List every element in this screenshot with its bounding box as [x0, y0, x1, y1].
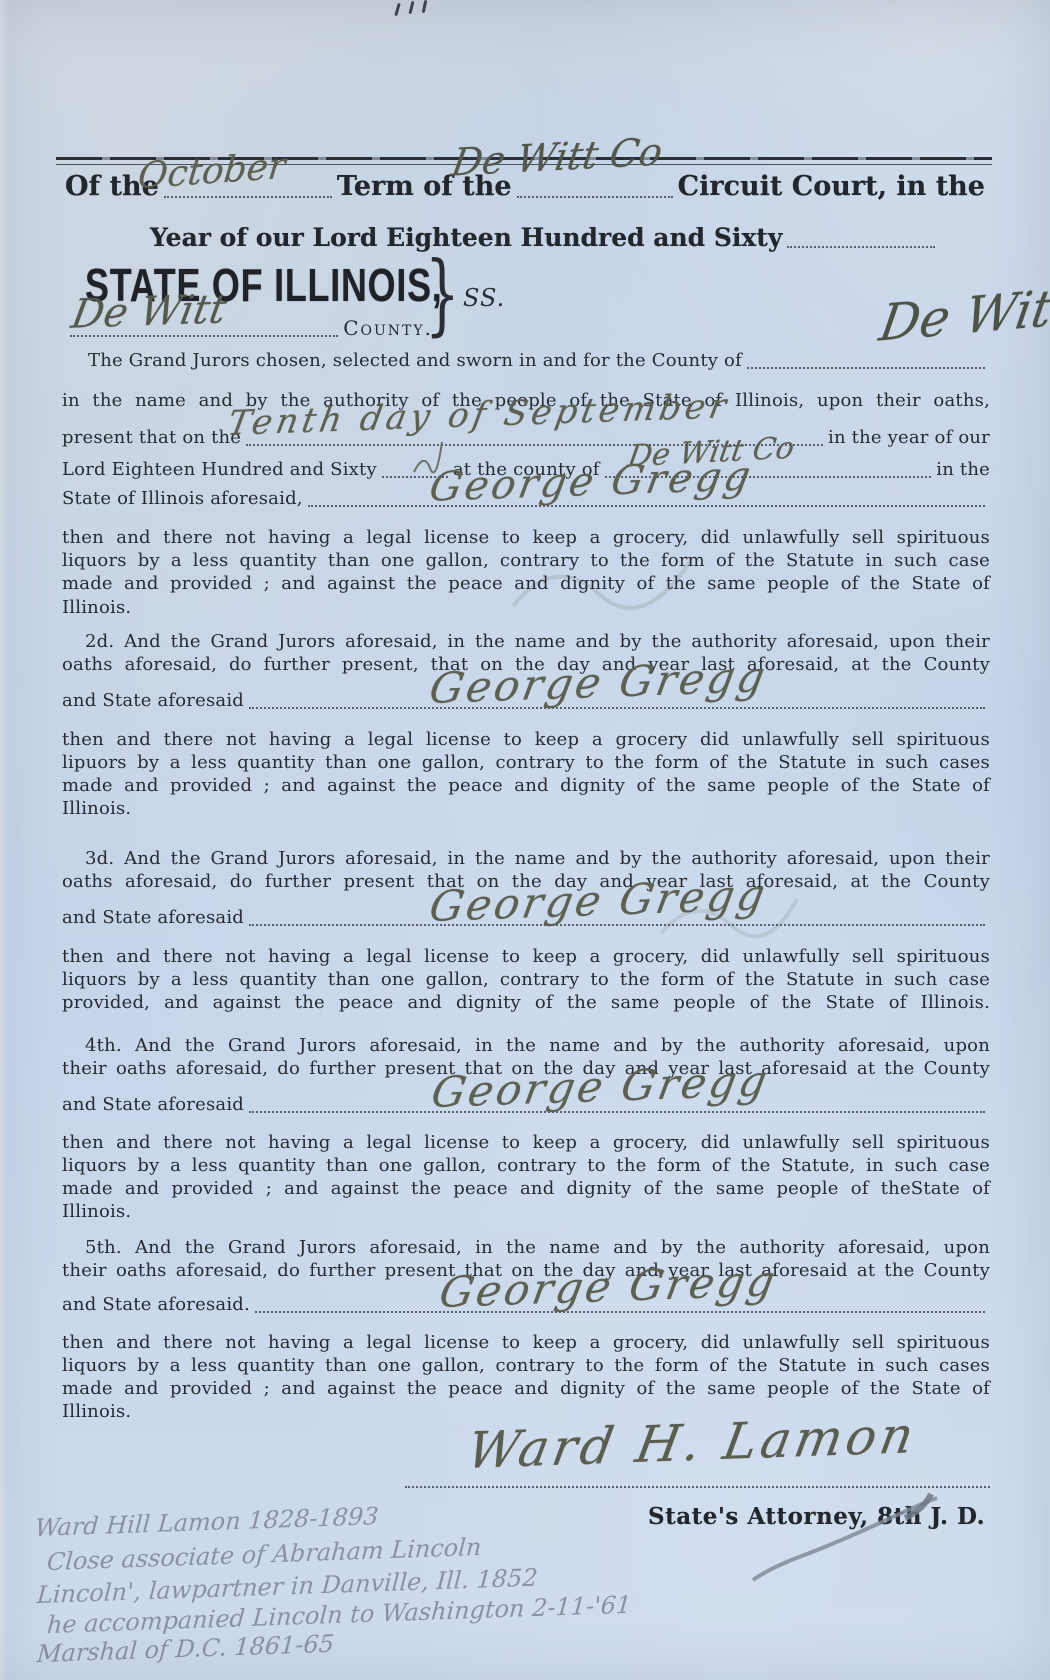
p3-line3-prefix: and State aforesaid: [62, 907, 244, 930]
p1-defendant-blank: [308, 505, 985, 507]
p4-line6: made and provided ; and against the peac…: [62, 1178, 990, 1201]
document-page: Of the Term of the Circuit Court, in the…: [0, 0, 1050, 1680]
header-year-text: Year of our Lord Eighteen Hundred and Si…: [150, 223, 782, 252]
pencil-note-1: Ward Hill Lamon 1828-1893: [34, 1502, 380, 1542]
handwritten-signature: Ward H. Lamon: [464, 1410, 921, 1476]
p4-line5: liquors by a less quantity than one gall…: [62, 1155, 990, 1178]
p1-line4-sixty: Lord Eighteen Hundred and Sixty: [62, 459, 377, 482]
p2-line4: then and there not having a legal licens…: [62, 729, 990, 752]
p2-line7: Illinois.: [62, 798, 131, 821]
header-court-blank: [517, 196, 673, 198]
pen-tick-mark: [408, 1, 414, 14]
handwritten-defendant-3: George Gregg: [426, 874, 770, 928]
p2-line1: 2d. And the Grand Jurors aforesaid, in t…: [85, 631, 990, 654]
handwritten-defendant-1: George Gregg: [427, 456, 757, 508]
header-term-blank: [164, 196, 332, 198]
p5-line5: liquors by a less quantity than one gall…: [62, 1355, 990, 1378]
ss-label: SS.: [463, 284, 505, 312]
p1-line7: liquors by a less quantity than one gall…: [62, 550, 990, 573]
p1-line4-in-the: in the: [936, 459, 990, 482]
pen-tick-mark: [422, 0, 428, 13]
handwritten-county-of: De Witt: [876, 281, 1050, 349]
handwritten-defendant-2: George Gregg: [426, 656, 770, 710]
p3-line5: liquors by a less quantity than one gall…: [62, 969, 990, 992]
p4-line7: Illinois.: [62, 1201, 131, 1224]
p1-line1-text: The Grand Jurors chosen, selected and sw…: [88, 350, 742, 373]
p1-line1: The Grand Jurors chosen, selected and sw…: [88, 350, 990, 373]
p4-defendant-blank: [249, 1111, 985, 1113]
handwritten-term-october: October: [136, 149, 287, 196]
p1-line8: made and provided ; and against the peac…: [62, 573, 990, 596]
p1-line9: Illinois.: [62, 597, 131, 620]
p5-line3-prefix: and State aforesaid.: [62, 1294, 250, 1317]
header-line2: Year of our Lord Eighteen Hundred and Si…: [150, 223, 850, 252]
pen-tick-mark: [394, 3, 400, 16]
p2-defendant-blank: [249, 707, 985, 709]
handwritten-court-county: De Witt Co: [449, 132, 665, 181]
county-label: County.: [343, 316, 433, 341]
p3-line6: provided, and against the peace and dign…: [62, 992, 990, 1015]
handwritten-county-name: De Witt: [68, 289, 229, 335]
handwritten-defendant-4: George Gregg: [428, 1060, 772, 1114]
p1-line3-suffix: in the year of our: [828, 427, 990, 450]
p5-line7: Illinois.: [62, 1401, 131, 1424]
header-year-blank: [787, 246, 935, 248]
p5-line6: made and provided ; and against the peac…: [62, 1378, 990, 1401]
p1-line5-prefix: State of Illinois aforesaid,: [62, 488, 303, 511]
p3-line1: 3d. And the Grand Jurors aforesaid, in t…: [85, 848, 990, 871]
p5-line1: 5th. And the Grand Jurors aforesaid, in …: [85, 1237, 990, 1260]
pencil-flourish: [745, 1492, 945, 1587]
p5-defendant-blank: [255, 1311, 985, 1313]
signature-line: [405, 1486, 990, 1488]
p4-line4: then and there not having a legal licens…: [62, 1132, 990, 1155]
p3-line4: then and there not having a legal licens…: [62, 946, 990, 969]
p1-line6: then and there not having a legal licens…: [62, 527, 990, 550]
header-circuit-court: Circuit Court, in the: [678, 171, 985, 202]
p5-line4: then and there not having a legal licens…: [62, 1332, 990, 1355]
handwritten-defendant-5: George Gregg: [436, 1260, 780, 1314]
p2-line6: made and provided ; and against the peac…: [62, 775, 990, 798]
p4-line3-prefix: and State aforesaid: [62, 1094, 244, 1117]
p2-line5: lipuors by a less quantity than one gall…: [62, 752, 990, 775]
p2-line3-prefix: and State aforesaid: [62, 690, 244, 713]
p4-line1: 4th. And the Grand Jurors aforesaid, in …: [85, 1035, 990, 1058]
p1-county-blank: [747, 367, 985, 369]
p1-line3-prefix: present that on the: [62, 427, 241, 450]
